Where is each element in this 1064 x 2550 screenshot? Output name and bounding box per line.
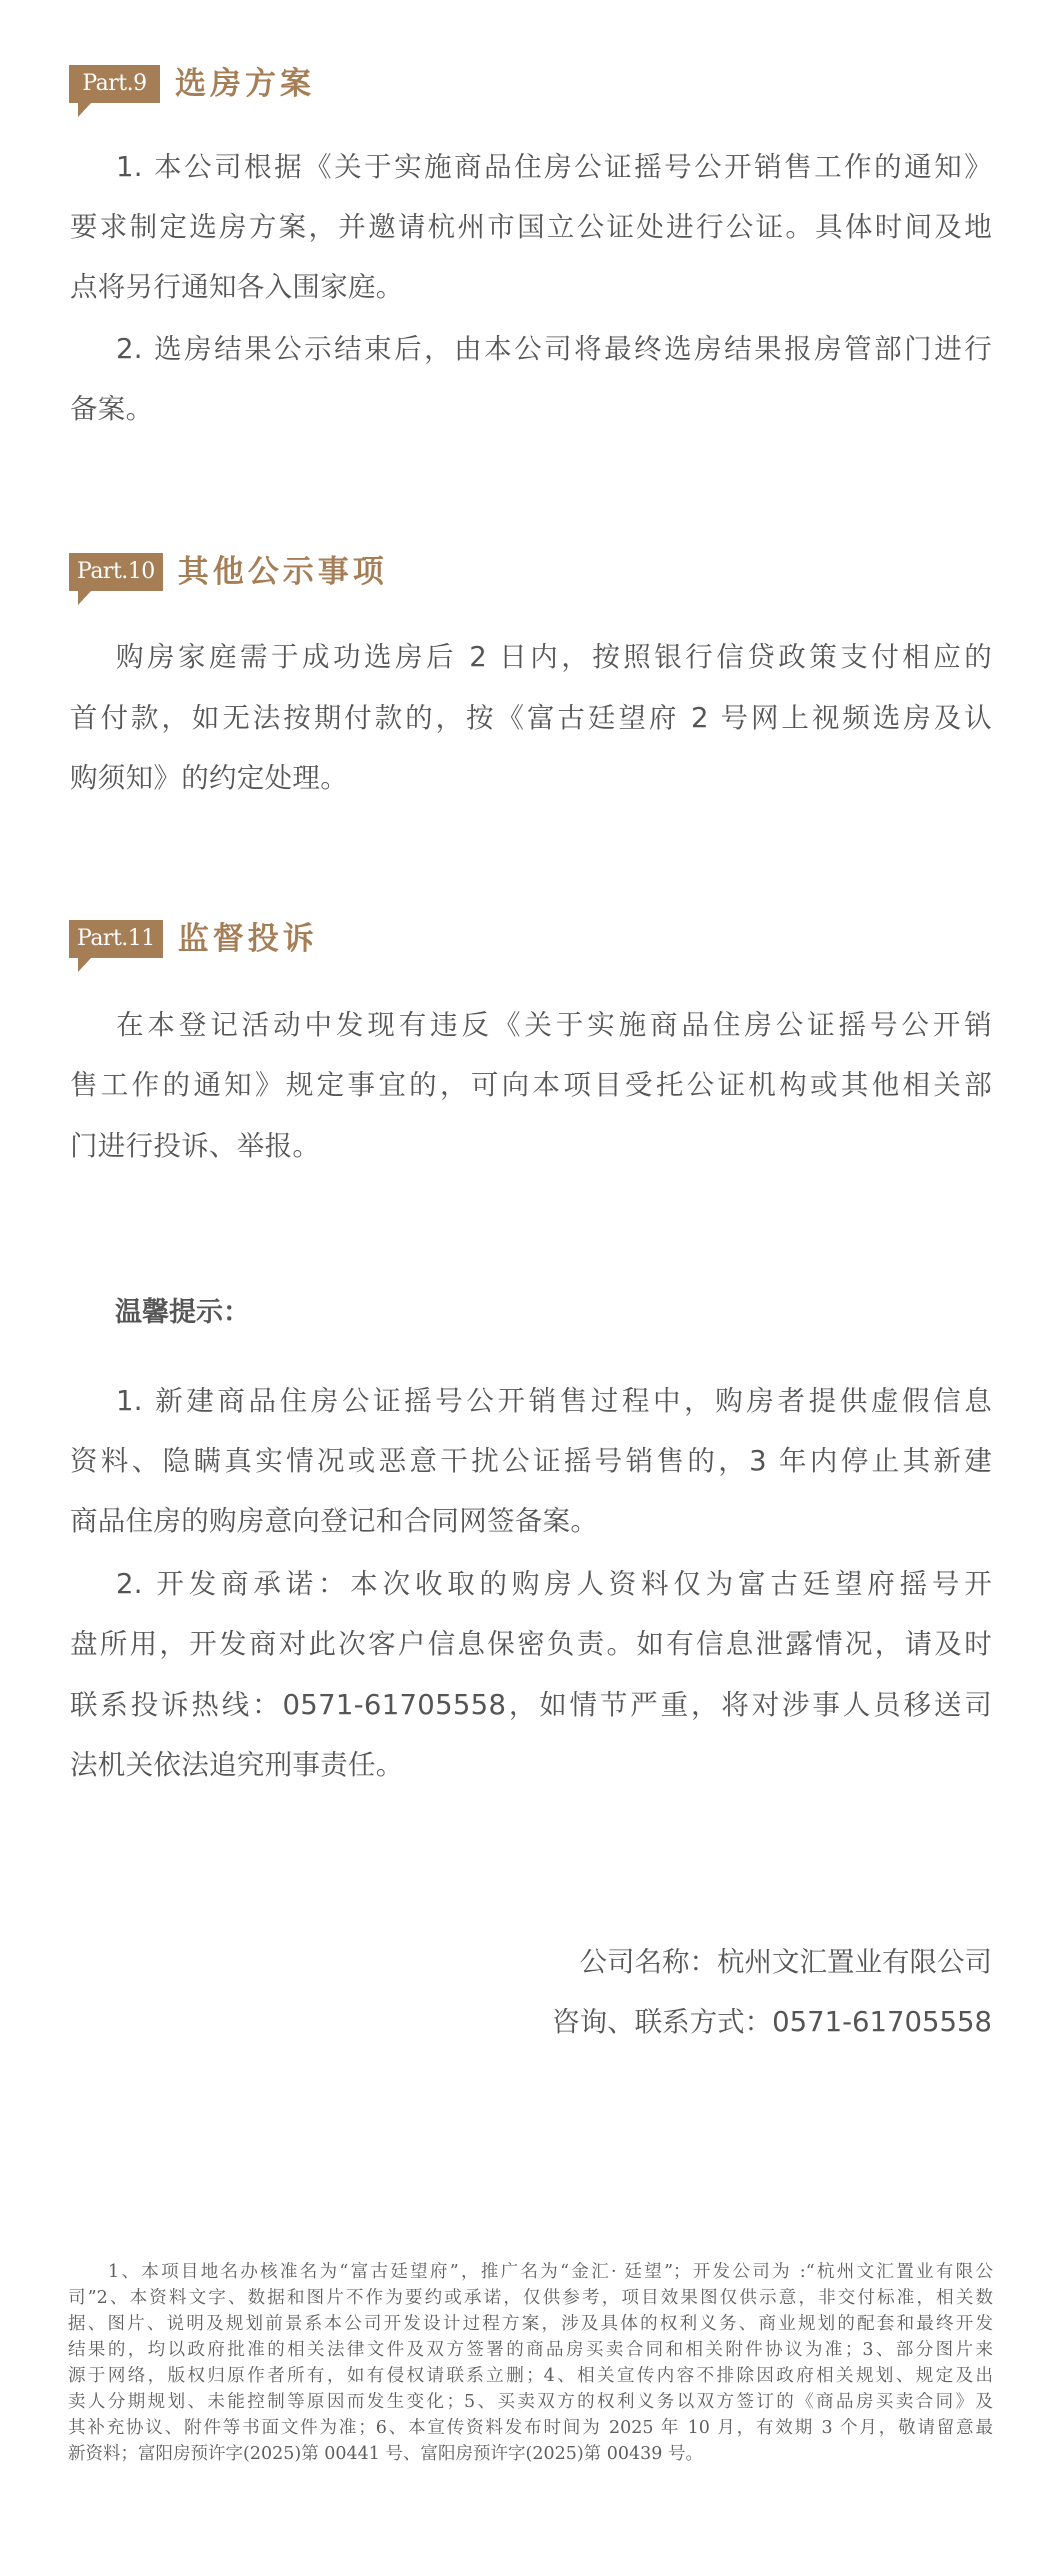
paragraph-line: 1. 本公司根据《关于实施商品住房公证摇号公开销售工作的通知》 (116, 147, 992, 187)
tips-line: 盘所用，开发商对此次客户信息保密负责。如有信息泄露情况，请及时 (70, 1624, 992, 1664)
disclaimer-line: 新资料；富阳房预许字(2025)第 00441 号、富阳房预许字(2025)第 … (68, 2441, 993, 2467)
part-badge: Part.11 (69, 920, 163, 958)
tips-line: 法机关依法追究刑事责任。 (70, 1745, 992, 1785)
paragraph-line: 在本登记活动中发现有违反《关于实施商品住房公证摇号公开销 (116, 1005, 992, 1045)
paragraph-line: 售工作的通知》规定事宜的，可向本项目受托公证机构或其他相关部 (70, 1065, 992, 1105)
disclaimer-line: 1、本项目地名办核准名为“富古廷望府”，推广名为“金汇· 廷望”；开发公司为 :… (108, 2259, 993, 2285)
disclaimer-line: 卖人分期规划、未能控制等原因而发生变化；5、买卖双方的权利义务以双方签订的《商品… (68, 2389, 993, 2415)
paragraph-line: 首付款，如无法按期付款的，按《富古廷望府 2 号网上视频选房及认 (70, 698, 992, 738)
section-title: 其他公示事项 (178, 553, 388, 591)
paragraph-line: 购房家庭需于成功选房后 2 日内，按照银行信贷政策支付相应的 (116, 637, 992, 677)
part-badge-label: Part.9 (82, 71, 146, 96)
disclaimer-line: 源于网络，版权归原作者所有，如有侵权请联系立删；4、相关宣传内容不排除因政府相关… (68, 2363, 993, 2389)
part-badge: Part.10 (69, 553, 163, 591)
tips-line: 资料、隐瞒真实情况或恶意干扰公证摇号销售的，3 年内停止其新建 (70, 1441, 992, 1481)
paragraph-line: 要求制定选房方案，并邀请杭州市国立公证处进行公证。具体时间及地 (70, 207, 992, 247)
company-contact: 咨询、联系方式：0571-61705558 (552, 2002, 992, 2042)
tips-line: 1. 新建商品住房公证摇号公开销售过程中，购房者提供虚假信息 (116, 1381, 992, 1421)
paragraph-line: 购须知》的约定处理。 (70, 758, 992, 798)
part-badge-label: Part.10 (77, 559, 155, 584)
paragraph-line: 点将另行通知各入围家庭。 (70, 267, 992, 307)
company-name: 公司名称：杭州文汇置业有限公司 (580, 1942, 993, 1982)
part-badge-label: Part.11 (77, 926, 155, 951)
part-badge: Part.9 (69, 65, 160, 103)
tips-line: 联系投诉热线：0571-61705558，如情节严重，将对涉事人员移送司 (70, 1685, 992, 1725)
speech-bubble-tail-icon (78, 590, 92, 605)
paragraph-line: 门进行投诉、举报。 (70, 1126, 992, 1166)
speech-bubble-tail-icon (78, 957, 92, 972)
disclaimer-line: 司”2、本资料文字、数据和图片不作为要约或承诺，仅供参考，项目效果图仅供示意，非… (68, 2285, 993, 2311)
tips-heading: 温馨提示： (115, 1293, 250, 1333)
section-header-part10: Part.10 其他公示事项 (69, 553, 388, 591)
section-title: 选房方案 (175, 65, 315, 103)
section-header-part11: Part.11 监督投诉 (69, 920, 318, 958)
paragraph-line: 2. 选房结果公示结束后，由本公司将最终选房结果报房管部门进行 (116, 329, 992, 369)
speech-bubble-tail-icon (78, 102, 92, 117)
paragraph-line: 备案。 (70, 389, 992, 429)
disclaimer-line: 据、图片、说明及规划前景系本公司开发设计过程方案，涉及具体的权利义务、商业规划的… (68, 2311, 993, 2337)
disclaimer-line: 其补充协议、附件等书面文件为准；6、本宣传资料发布时间为 2025 年 10 月… (68, 2415, 993, 2441)
disclaimer-line: 结果的，均以政府批准的相关法律文件及双方签署的商品房买卖合同和相关附件协议为准；… (68, 2337, 993, 2363)
section-title: 监督投诉 (178, 920, 318, 958)
section-header-part9: Part.9 选房方案 (69, 65, 315, 103)
tips-line: 2. 开发商承诺：本次收取的购房人资料仅为富古廷望府摇号开 (116, 1564, 992, 1604)
tips-line: 商品住房的购房意向登记和合同网签备案。 (70, 1501, 992, 1541)
